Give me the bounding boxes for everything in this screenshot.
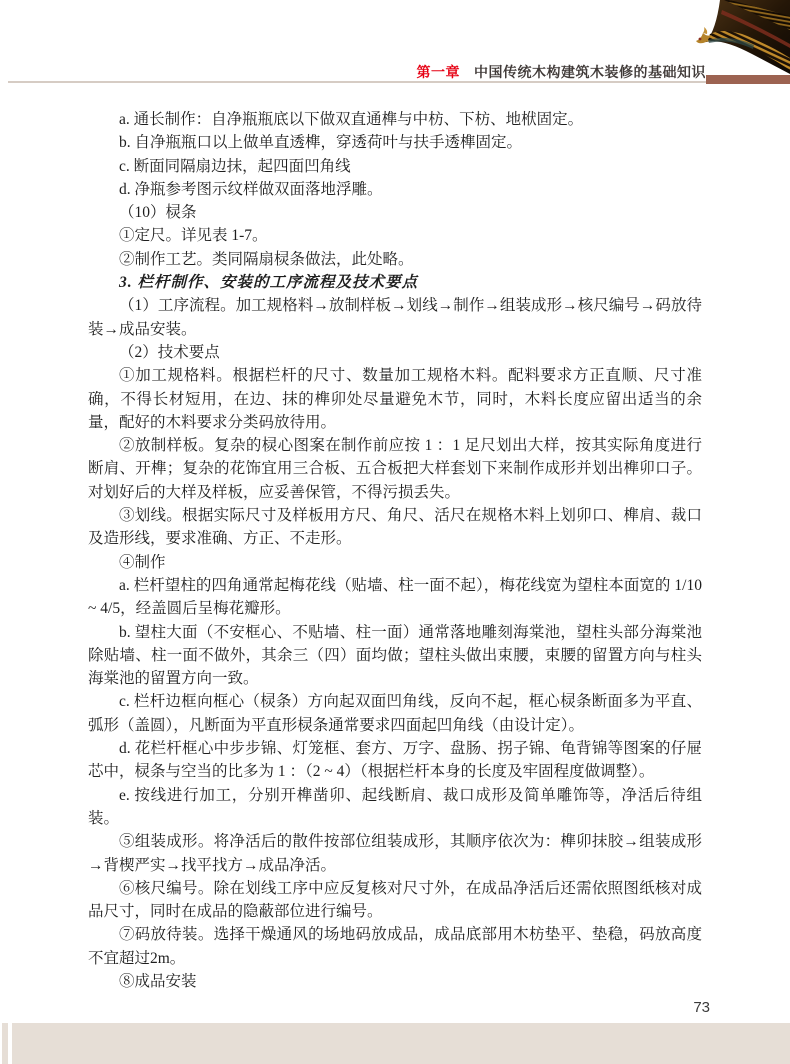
paragraph: （10）棂条 <box>88 201 702 224</box>
paragraph: ②放制样板。复杂的棂心图案在制作前应按 1 ：1 足尺划出大样，按其实际角度进行… <box>88 434 702 504</box>
paragraph: ⑦码放待装。选择干燥通风的场地码放成品，成品底部用木枋垫平、垫稳，码放高度不宜超… <box>88 923 702 970</box>
book-page: 第一章中国传统木构建筑木装修的基础知识 a. 通长制作：自净瓶瓶底以下做双直通榫… <box>0 0 790 1064</box>
paragraph: d. 净瓶参考图示纹样做双面落地浮雕。 <box>88 178 702 201</box>
running-head: 第一章中国传统木构建筑木装修的基础知识 <box>417 62 707 82</box>
paragraph: c. 断面同隔扇边抹，起四面凹角线 <box>88 155 702 178</box>
paragraph: （1）工序流程。加工规格料→放制样板→划线→制作→组装成形→核尺编号→码放待装→… <box>88 294 702 341</box>
paragraph: ④制作 <box>88 551 702 574</box>
body-text: a. 通长制作：自净瓶瓶底以下做双直通榫与中枋、下枋、地栿固定。 b. 自净瓶瓶… <box>88 108 702 993</box>
paragraph: （2）技术要点 <box>88 341 702 364</box>
paragraph: d. 花栏杆框心中步步锦、灯笼框、套方、万字、盘肠、拐子锦、龟背锦等图案的仔屉芯… <box>88 737 702 784</box>
header-accent-bar <box>706 75 790 84</box>
paragraph: a. 栏杆望柱的四角通常起梅花线（贴墙、柱一面不起），梅花线宽为望柱本面宽的 1… <box>88 574 702 621</box>
paragraph: c. 栏杆边框向框心（棂条）方向起双面凹角线，反向不起，框心棂条断面多为平直、弧… <box>88 690 702 737</box>
paragraph: ①定尺。详见表 1-7。 <box>88 224 702 247</box>
chapter-label: 第一章 <box>417 64 461 80</box>
paragraph: a. 通长制作：自净瓶瓶底以下做双直通榫与中枋、下枋、地栿固定。 <box>88 108 702 131</box>
roof-eave-photo <box>694 0 790 76</box>
paragraph: ⑥核尺编号。除在划线工序中应反复核对尺寸外，在成品净活后还需依照图纸核对成品尺寸… <box>88 877 702 924</box>
paragraph: e. 按线进行加工，分别开榫凿卯、起线断肩、裁口成形及简单雕饰等，净活后待组装。 <box>88 784 702 831</box>
paragraph: ③划线。根据实际尺寸及样板用方尺、角尺、活尺在规格木料上划卯口、榫肩、裁口及造形… <box>88 504 702 551</box>
paragraph: b. 自净瓶瓶口以上做单直透榫，穿透荷叶与扶手透榫固定。 <box>88 131 702 154</box>
paragraph: ⑤组装成形。将净活后的散件按部位组装成形，其顺序依次为：榫卯抹胶→组装成形→背楔… <box>88 830 702 877</box>
paragraph: ①加工规格料。根据栏杆的尺寸、数量加工规格木料。配料要求方正直顺、尺寸准确，不得… <box>88 364 702 434</box>
chapter-title: 中国传统木构建筑木装修的基础知识 <box>474 64 706 80</box>
footer-band-sliver <box>2 1023 8 1064</box>
paragraph: 3. 栏杆制作、安装的工序流程及技术要点 <box>88 271 702 294</box>
page-number: 73 <box>693 999 710 1016</box>
paragraph: b. 望柱大面（不安框心、不贴墙、柱一面）通常落地雕刻海棠池，望柱头部分海棠池除… <box>88 621 702 691</box>
paragraph: ⑧成品安装 <box>88 970 702 993</box>
paragraph: ②制作工艺。类同隔扇棂条做法，此处略。 <box>88 248 702 271</box>
footer-band <box>12 1023 790 1064</box>
